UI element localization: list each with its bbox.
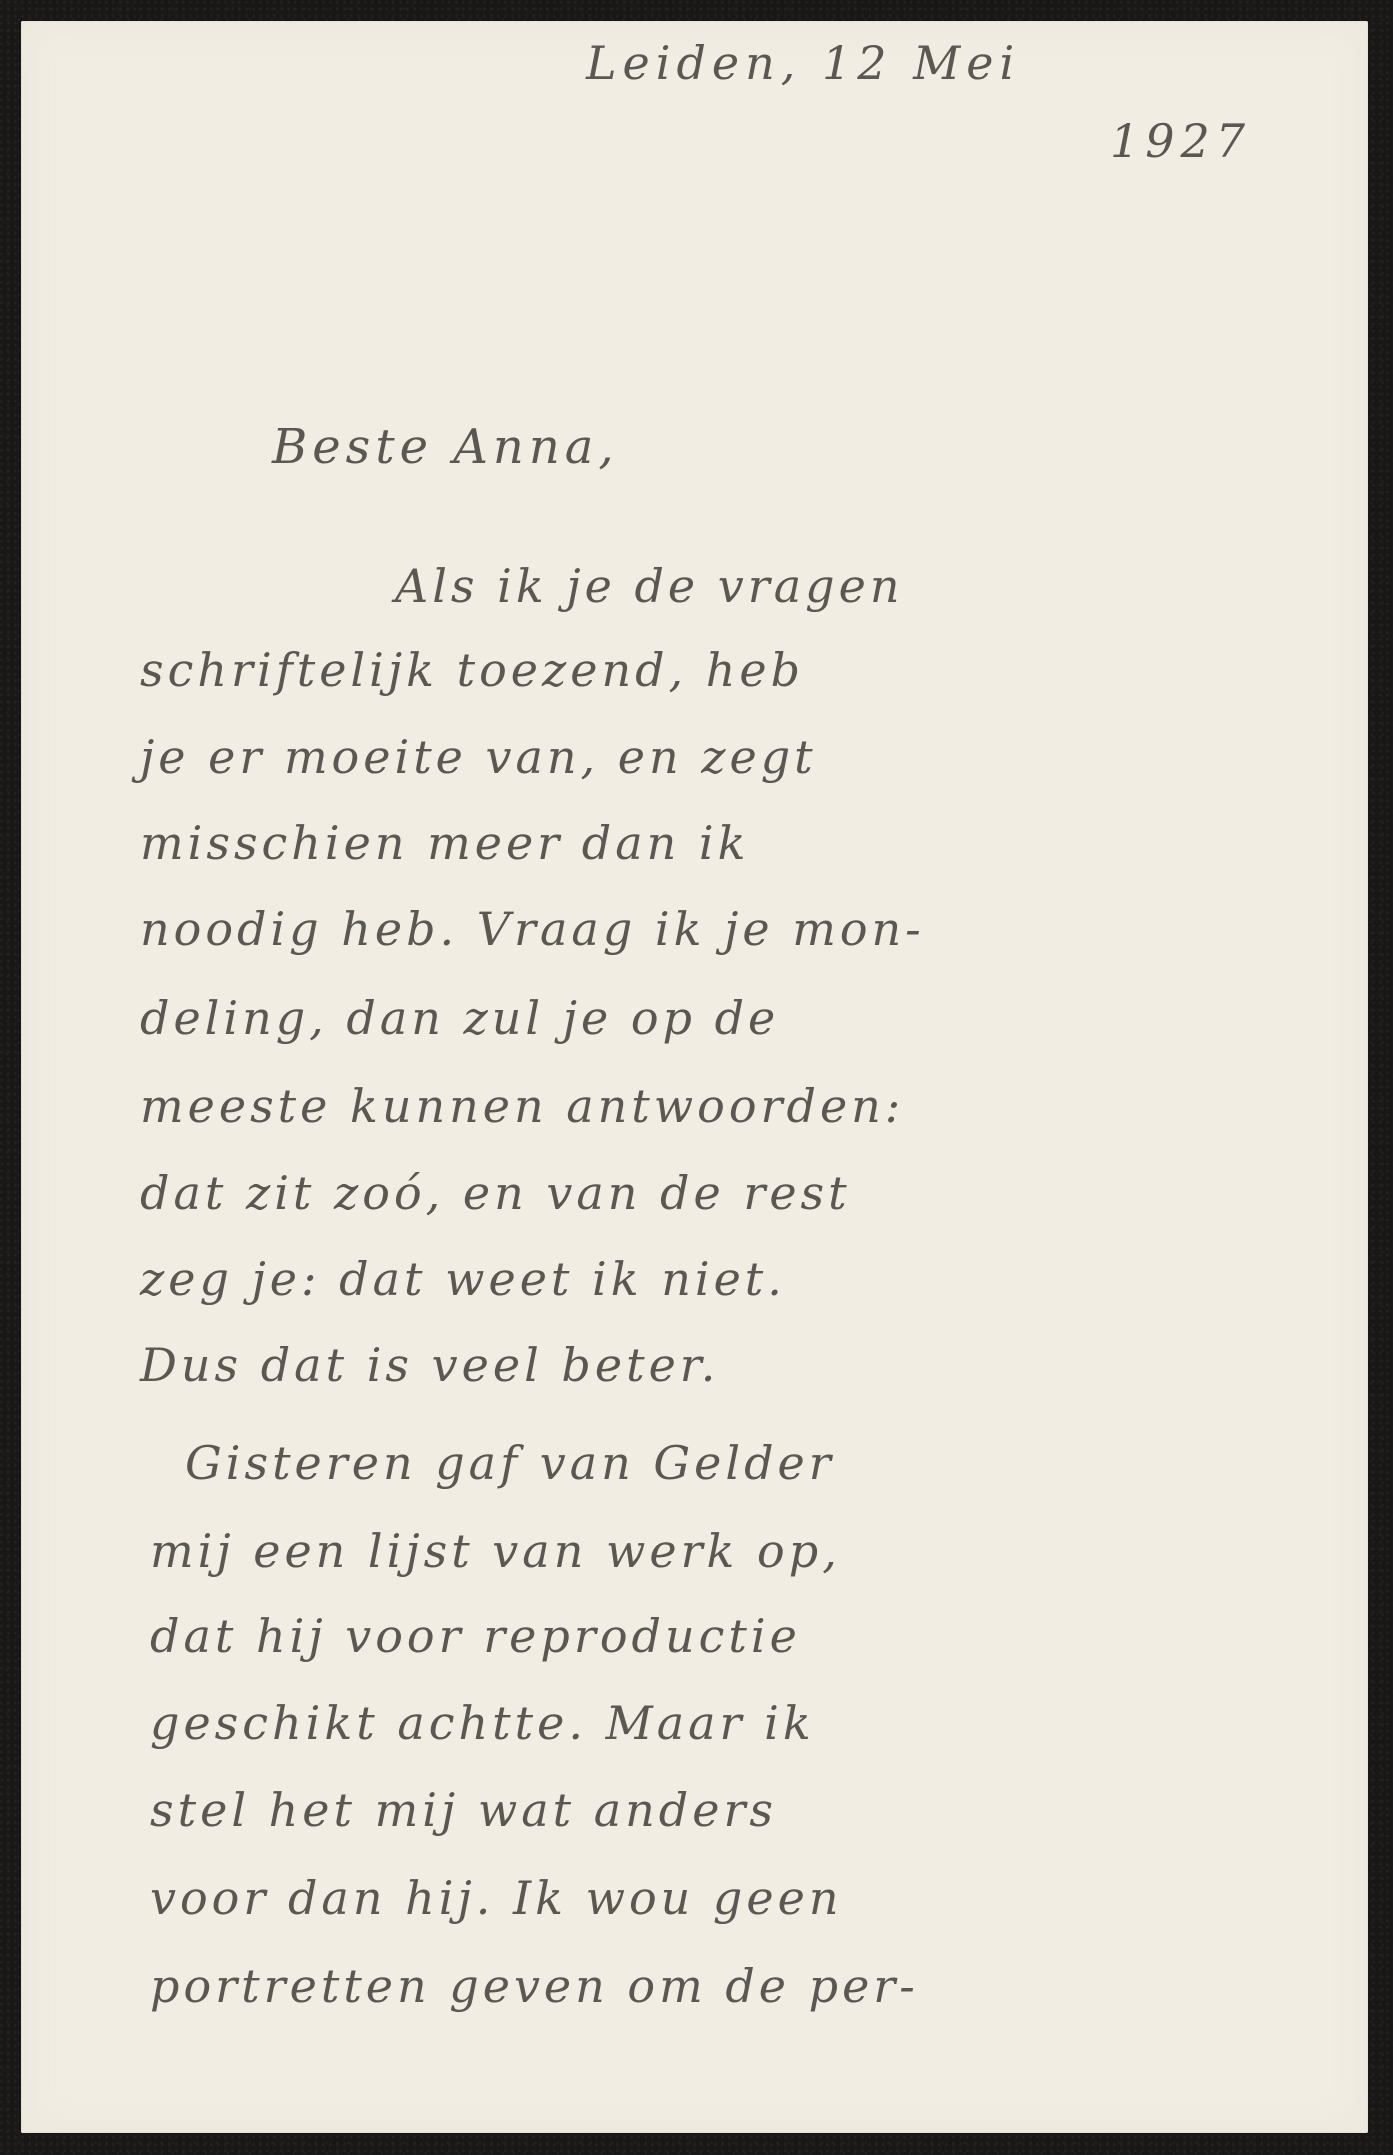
letter-line: dat hij voor reproductie bbox=[150, 1613, 801, 1659]
letter-place-date: Leiden, 12 Mei bbox=[586, 40, 1020, 86]
letter-line: je er moeite van, en zegt bbox=[140, 734, 817, 780]
letter-line: Dus dat is veel beter. bbox=[140, 1342, 719, 1388]
letter-line: geschikt achtte. Maar ik bbox=[150, 1700, 815, 1746]
letter-line: mij een lijst van werk op, bbox=[150, 1528, 841, 1574]
letter-line: Gisteren gaf van Gelder bbox=[185, 1440, 835, 1486]
letter-line: dat zit zoó, en van de rest bbox=[140, 1170, 851, 1216]
letter-year: 1927 bbox=[1110, 118, 1251, 164]
letter-line: stel het mij wat anders bbox=[150, 1787, 777, 1833]
letter-line: deling, dan zul je op de bbox=[140, 995, 779, 1041]
letter-salutation: Beste Anna, bbox=[272, 423, 619, 471]
letter-line: zeg je: dat weet ik niet. bbox=[140, 1256, 786, 1302]
letter-line: Als ik je de vragen bbox=[395, 563, 903, 609]
letter-line: voor dan hij. Ik wou geen bbox=[150, 1875, 842, 1921]
letter-line: misschien meer dan ik bbox=[140, 820, 750, 866]
letter-line: schriftelijk toezend, heb bbox=[140, 647, 804, 693]
letter-line: noodig heb. Vraag ik je mon- bbox=[140, 906, 925, 952]
letter-line: portretten geven om de per- bbox=[150, 1963, 919, 2009]
letter-line: meeste kunnen antwoorden: bbox=[140, 1083, 904, 1129]
